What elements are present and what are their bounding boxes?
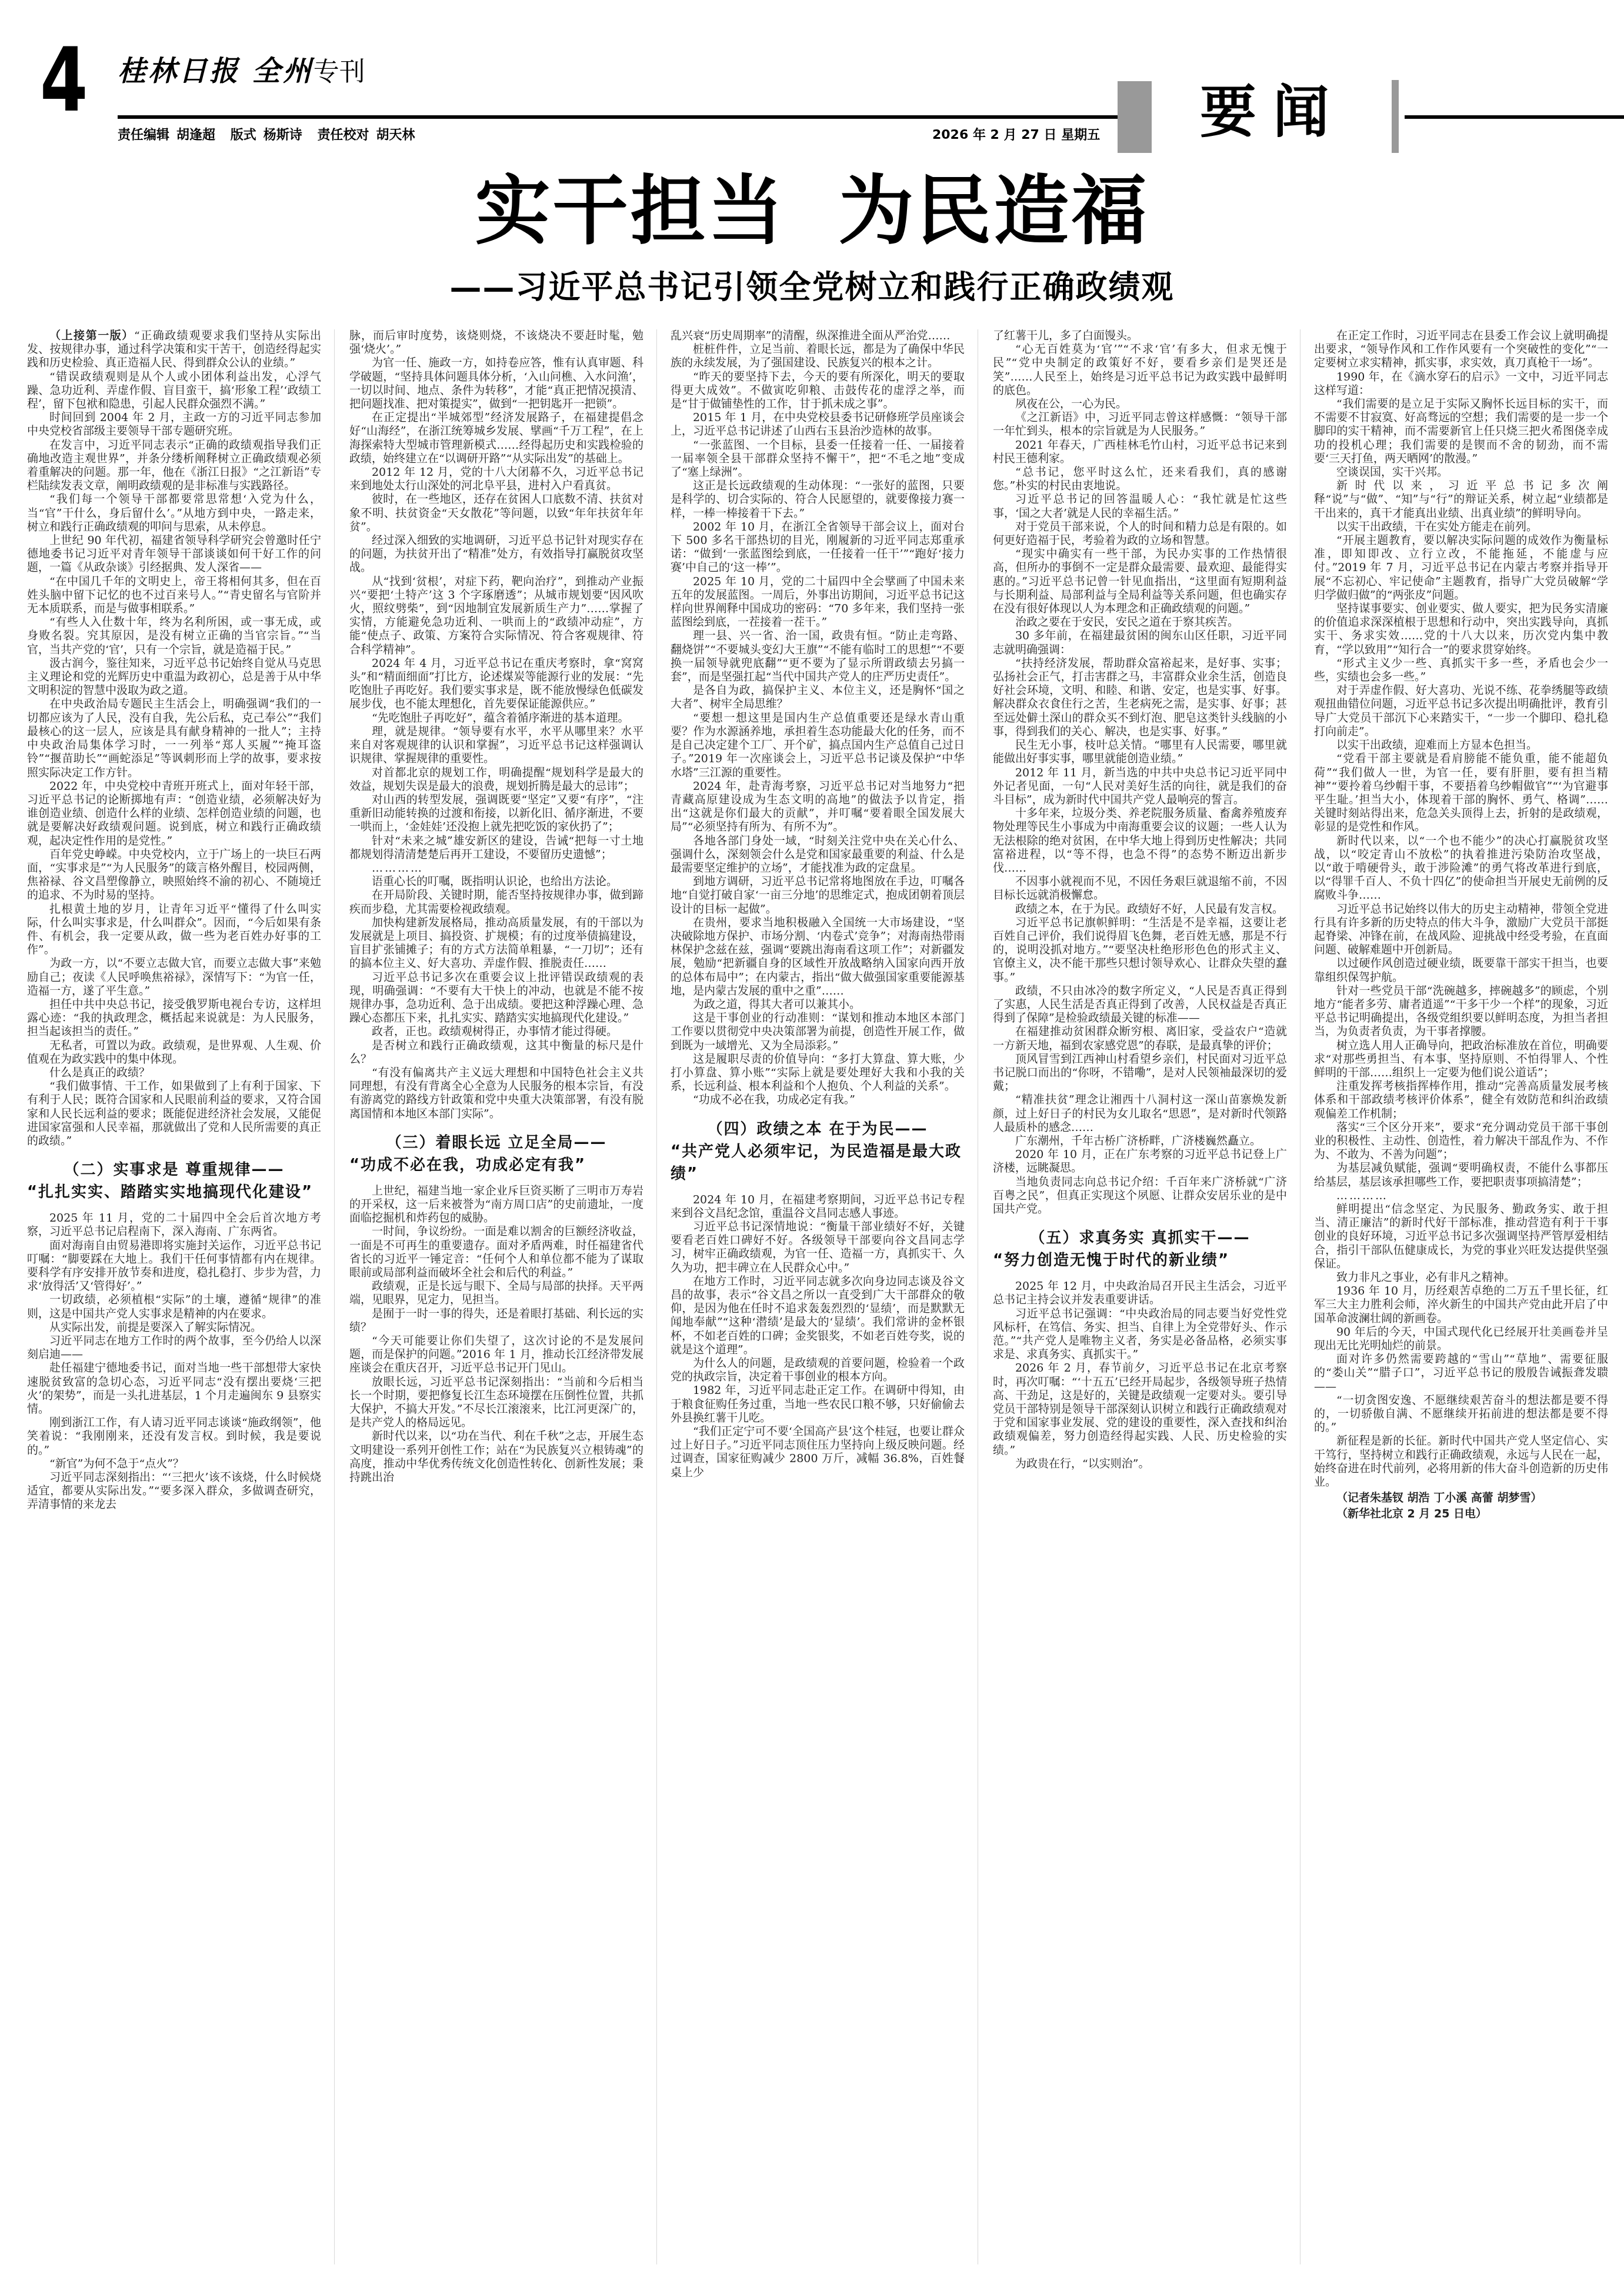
paragraph: “有些人入仕数十年，终为名利所困，或一事无成，或身败名裂。究其原因，是没有树立正…	[27, 616, 321, 657]
paragraph: 以过硬作风创造过硬业绩，既要靠干部实干担当，也要靠组织保驾护航。	[1314, 957, 1608, 984]
paragraph: 1936 年 10 月，历经艰苦卓绝的二万五千里长征，红军三大主力胜利会师，淬火…	[1314, 1285, 1608, 1326]
paragraph-continued: 脉，而后审时度势，该烧则烧，不该烧决不要赶时髦，勉强‘烧火’。”	[349, 329, 643, 356]
paragraph: 2026 年 2 月，春节前夕，习近平总书记在北京考察时，再次叮嘱：“‘十五五’…	[993, 1362, 1287, 1457]
paragraph: “新官”为何不急于“点火”？	[27, 1457, 321, 1471]
paragraph: 习近平总书记始终以伟大的历史主动精神，带领全党进行具有许多新的历史特点的伟大斗争…	[1314, 903, 1608, 958]
paragraph: 担任中共中央总书记，接受俄罗斯电视台专访，这样坦露心迹：“我的执政理念，概括起来…	[27, 998, 321, 1039]
paragraph: 在正定工作时，习近平同志在县委工作会议上就明确提出要求，“领导作风和工作作风要有…	[1314, 329, 1608, 371]
paragraph: 为基层减负赋能，强调“要明确权责，不能什么事都压给基层，基层该承担哪些工作，要把…	[1314, 1162, 1608, 1189]
section-heading-line1: （五）求真务实 真抓实干——	[993, 1227, 1287, 1249]
headline: 实干担当为民造福	[0, 171, 1624, 253]
paragraph: “错误政绩观则是从个人或小团体利益出发，心浮气躁、急功近利、弄虚作假、盲目蛮干，…	[27, 371, 321, 412]
paragraph: 时间回到 2004 年 2 月，主政一方的习近平同志参加中央党校省部级主要领导干…	[27, 411, 321, 438]
paragraph: “扶持经济发展，帮助群众富裕起来，是好事、实事；弘扬社会正气，打击害群之马，丰富…	[993, 657, 1287, 739]
paragraph: 广东潮州，千年古桥广济桥畔，广济楼巍然矗立。	[993, 1135, 1287, 1148]
paragraph: 夙夜在公，一心为民。	[993, 398, 1287, 411]
reporters-byline: （记者朱基钗 胡浩 丁小溪 高蕾 胡梦雪）	[1314, 1492, 1608, 1505]
paragraph: 一时间，争议纷纷。一面是难以割舍的巨额经济收益，一面是不可再生的重要遗存。面对矛…	[349, 1225, 643, 1280]
paragraph: 这是干事创业的行动准则：“谋划和推动本地区本部门工作要以贯彻党中央决策部署为前提…	[671, 1012, 965, 1053]
credit-name: 杨斯诗	[264, 128, 302, 142]
section-heading-line1: （二）实事求是 尊重规律——	[27, 1159, 321, 1181]
paragraph: 上世纪，福建当地一家企业斥巨资买断了三明市万寿岩的开采权，这一后来被誉为“南方周…	[349, 1185, 643, 1226]
paragraph: 针对“未来之城”雄安新区的建设，告诫“把每一寸土地都规划得清清楚楚后再开工建设，…	[349, 835, 643, 862]
section-heading-2: （二）实事求是 尊重规律—— “扎扎实实、踏踏实实地搞现代化建设”	[27, 1159, 321, 1203]
paragraph: 不因事小就视而不见，不因任务艰巨就退缩不前，不因目标长远就消极懈怠。	[993, 875, 1287, 902]
paragraph: 政者，正也。政绩观树得正，办事情才能过得硬。	[349, 1025, 643, 1039]
paragraph-continued: 乱兴衰“历史周期率”的清醒，纵深推进全面从严治党……	[671, 329, 965, 343]
paragraph: 2021 年春天，广西桂林毛竹山村，习近平总书记来到村民王德利家。	[993, 439, 1287, 466]
paragraph: 针对一些党员干部“洗碗越多，摔碗越多”的顾虑，个别地方“能者多劳、庸者逍遥”“干…	[1314, 985, 1608, 1039]
paragraph: 为政一方，以“不要立志做大官，而要立志做大事”来勉励自己；夜读《人民呼唤焦裕禄》…	[27, 957, 321, 998]
paragraph: “我们做事情、干工作，如果做到了上有利于国家、下有利于人民；既符合国家和人民眼前…	[27, 1080, 321, 1148]
article-column-1: （上接第一版）“正确政绩观要求我们坚持从实际出发、按规律办事，通过科学决策和实干…	[27, 329, 321, 1512]
paragraph: 对首都北京的规划工作，明确提醒“规划科学是最大的效益，规划失误是最大的浪费，规划…	[349, 766, 643, 793]
paragraph: 上世纪 90 年代初，福建省领导科学研究会曾邀时任宁德地委书记习近平对青年领导干…	[27, 534, 321, 575]
section-heading-line2: “努力创造无愧于时代的新业绩”	[993, 1252, 1229, 1269]
section-heading-line2: “共产党人必须牢记，为民造福是最大政绩”	[671, 1143, 962, 1183]
paragraph: 坚持谋事要实、创业要实、做人要实，把为民务实清廉的价值追求深深植根于思想和行动中…	[1314, 602, 1608, 657]
paragraph: 鲜明提出“信念坚定、为民服务、勤政务实、敢于担当、清正廉洁”的新时代好干部标准，…	[1314, 1203, 1608, 1271]
paragraph: 在贵州，要求当地积极融入全国统一大市场建设，“坚决破除地方保护、市场分割、‘内卷…	[671, 916, 965, 998]
paper-name: 桂林日报 全州专刊	[118, 48, 365, 89]
news-dateline: （新华社北京 2 月 25 日电）	[1314, 1507, 1608, 1521]
paragraph: 2024 年 10 月，在福建考察期间，习近平总书记专程来到谷文昌纪念馆，重温谷…	[671, 1193, 965, 1220]
paragraph: 民生无小事，枝叶总关情。“哪里有人民需要，哪里就能做出好事实事，哪里就能创造业绩…	[993, 739, 1287, 766]
paragraph: 理，就是规律。“领导要有水平，水平从哪里来？水平来自对客观规律的认识和掌握”，习…	[349, 725, 643, 766]
paragraph: 顶风冒雪到江西神山村看望乡亲们，村民面对习近平总书记脱口而出的“你呀，不错嘞”，…	[993, 1053, 1287, 1094]
paragraph: “我们正定宁可不要‘全国高产县’这个桂冠，也要让群众过上好日子。”习近平同志顶住…	[671, 1425, 965, 1480]
paragraph: 是否树立和践行正确政绩观，这其中衡量的标尺是什么？	[349, 1039, 643, 1066]
edition-suffix: 专刊	[314, 57, 365, 87]
paragraph: 新时代以来，以“功在当代、利在千秋”之志，开展生态文明建设一系列开创性工作；站在…	[349, 1430, 643, 1485]
headline-part2: 为民造福	[839, 168, 1149, 255]
paragraph: 扎根黄土地的岁月，让青年习近平“懂得了什么叫实际，什么叫实事求是，什么叫群众”。…	[27, 903, 321, 958]
paragraph: “功成不必在我，功成必定有我。”	[671, 1093, 965, 1107]
paragraph: 1990 年，在《滴水穿石的启示》一文中，习近平同志这样写道：	[1314, 371, 1608, 398]
paragraph: 从实际出发，前提是要深入了解实际情况。	[27, 1321, 321, 1335]
section-heading-4: （四）政绩之本 在于为民—— “共产党人必须牢记，为民造福是最大政绩”	[671, 1118, 965, 1185]
paragraph: 政绩，不只由冰冷的数字所定义，“人民是否真正得到了实惠，人民生活是否真正得到了改…	[993, 985, 1287, 1026]
paragraph: 这正是长远政绩观的生动体现：“一张好的蓝图，只要是科学的、切合实际的、符合人民愿…	[671, 479, 965, 521]
paragraph: 2020 年 10 月，正在广东考察的习近平总书记登上广济楼，远眺凝思。	[993, 1148, 1287, 1175]
paragraph: 桩桩件件，立足当前、着眼长远，都是为了确保中华民族的永续发展，为了强国建设、民族…	[671, 343, 965, 370]
paragraph: 这是履职尽责的价值导向：“多打大算盘、算大账，少打小算盘、算小账”“实际上就是要…	[671, 1053, 965, 1094]
paragraph: 新时代以来，习近平总书记多次阐释“说”与“做”、“知”与“行”的辩证关系，树立起…	[1314, 479, 1608, 521]
masthead-rule-right	[1405, 115, 1624, 119]
paragraph: 为官一任、施政一方，如持卷应答，惟有认真审题、科学破题，“坚持具体问题具体分析，…	[349, 356, 643, 411]
paragraph: “心无百姓莫为‘官’”“不求‘官’有多大，但求无愧于民”“党中央制定的政策好不好…	[993, 343, 1287, 398]
credit-name: 胡逢超	[176, 128, 215, 142]
weekday: 星期五	[1061, 128, 1100, 142]
paragraph: 一切政绩，必须植根“实际”的土壤，遵循“规律”的准则，这是中国共产党人实事求是精…	[27, 1293, 321, 1320]
article-column-3: 乱兴衰“历史周期率”的清醒，纵深推进全面从严治党…… 桩桩件件，立足当前、着眼长…	[671, 329, 965, 1480]
paragraph: 加快构建新发展格局，推动高质量发展，有的干部以为发展就是上项目、搞投资、扩规模；…	[349, 916, 643, 971]
paragraph: 2024 年 4 月，习近平总书记在重庆考察时，拿“窝窝头”和“精面细面”打比方…	[349, 657, 643, 712]
paragraph: 对于弄虚作假、好大喜功、光说不练、花拳绣腿等政绩观扭曲错位问题，习近平总书记多次…	[1314, 684, 1608, 739]
paragraph: 树立选人用人正确导向，把政治标准放在首位，明确要求“对那些勇担当、有本事、坚持原…	[1314, 1039, 1608, 1080]
editor-credits: 责任编辑胡逢超 版式杨斯诗 责任校对胡天林	[118, 125, 422, 143]
paragraph: 从“找到‘贫根’，对症下药，靶向治疗”，到推动产业振兴“要把‘土特产’这 3 个…	[349, 575, 643, 657]
paragraph: “在中国几千年的文明史上，帝王将相何其多，但在百姓头脑中留下记忆的也不过百来号人…	[27, 575, 321, 616]
paragraph: “现实中确实有一些干部，为民办实事的工作热情很高，但所办的事倒不一定是群众最需要…	[993, 548, 1287, 616]
subtitle: ——习近平总书记引领全党树立和践行正确政绩观	[0, 262, 1624, 308]
page-number: 4	[40, 46, 88, 115]
paragraph: “我们每一个领导干部都要常思常想‘入党为什么，当“官”干什么，身后留什么’。”从…	[27, 493, 321, 534]
paragraph: 在正定提出“半城郊型”经济发展路子，在福建提倡念好“山海经”，在浙江统筹城乡发展…	[349, 411, 643, 466]
paragraph: 习近平总书记旗帜鲜明：“生活是不是幸福，这要让老百姓自己评价，我们说得眉飞色舞，…	[993, 916, 1287, 985]
paragraph: 到地方调研，习近平总书记常将地图放在手边，叮嘱各地“自觉打破自家‘一亩三分地’的…	[671, 875, 965, 916]
paragraph: 习近平总书记强调：“中央政治局的同志要当好党性党风标杆，在笃信、务实、担当、自律…	[993, 1307, 1287, 1362]
paragraph: 语重心长的叮嘱，既指明认识论，也给出方法论。	[349, 875, 643, 889]
paragraph-continued: 了红薯干儿，多了白面馒头。	[993, 329, 1287, 343]
paragraph: 百年党史峥嵘。中央党校内，立于广场上的一块巨石两面，“实事求是”“为人民服务”的…	[27, 848, 321, 903]
paragraph: 在开局阶段、关键时期，能否坚持按规律办事，做到蹄疾而步稳，尤其需要检视政绩观。	[349, 889, 643, 916]
masthead-rule	[118, 115, 1118, 119]
date: 2026 年 2 月 27 日	[932, 128, 1056, 142]
paragraph: 2025 年 11 月，党的二十届四中全会后首次地方考察，习近平总书记启程南下，…	[27, 1212, 321, 1239]
paragraph: 2022 年，中央党校中青班开班式上，面对年轻干部，习近平总书记的论断掷地有声：…	[27, 780, 321, 848]
paragraph: 2015 年 1 月，在中央党校县委书记研修班学员座谈会上，习近平总书记讲述了山…	[671, 411, 965, 438]
paragraph: 30 多年前，在福建最贫困的闽东山区任职，习近平同志就明确强调：	[993, 629, 1287, 656]
paragraph: 汲古润今，鉴往知来，习近平总书记始终自觉从马克思主义理论和党的光辉历史中重温为政…	[27, 657, 321, 698]
paragraph: 在福建推动贫困群众断穷根、离旧家，受益农户“造就一方新天地，福到农家感党恩”的春…	[993, 1025, 1287, 1052]
paragraph: （上接第一版）“正确政绩观要求我们坚持从实际出发、按规律办事，通过科学决策和实干…	[27, 329, 321, 371]
paragraph: 习近平总书记深情地说：“衡量干部业绩好不好，关键要看老百姓口碑好不好。各级领导干…	[671, 1220, 965, 1275]
paragraph: 在中央政治局专题民主生活会上，明确强调“我们的一切都应该为了人民，没有自我，先公…	[27, 698, 321, 779]
paragraph: 是囿于一时一事的得失，还是着眼打基础、利长远的实绩？	[349, 1307, 643, 1335]
paragraph: “开展主题教育，要以解决实际问题的成效作为衡量标准，即知即改、立行立改，不能拖延…	[1314, 534, 1608, 602]
paragraph: 习近平同志深刻指出：“‘三把火’该不该烧，什么时候烧适宜，都要从实际出发。”“要…	[27, 1471, 321, 1512]
paragraph: 习近平总书记多次在重要会议上批评错误政绩观的表现，明确强调：“不要有大干快上的冲…	[349, 971, 643, 1026]
paragraph: “昨天的要坚持下去，今天的要有所深化，明天的要取得更大成效”。不做寅吃卯粮、击鼓…	[671, 371, 965, 412]
section-title: 要闻	[1200, 76, 1346, 147]
paragraph: 政绩之本，在于为民。政绩好不好，人民最有发言权。	[993, 903, 1287, 916]
paragraph: 以实干出政绩，干在实处方能走在前列。	[1314, 521, 1608, 534]
paragraph: “形式主义少一些、真抓实干多一些，矛盾也会少一些，实绩也会多一些。”	[1314, 657, 1608, 684]
paragraph: 90 年后的今天，中国式现代化已经展开壮美画卷并呈现出无比光明灿烂的前景。	[1314, 1326, 1608, 1353]
paragraph: 放眼长远，习近平总书记深刻指出：“当前和今后相当长一个时期，要把修复长江生态环境…	[349, 1376, 643, 1430]
paragraph: “有没有偏离共产主义远大理想和中国特色社会主义共同理想，有没有背离全心全意为人民…	[349, 1066, 643, 1121]
article-column-5: 在正定工作时，习近平同志在县委工作会议上就明确提出要求，“领导作风和工作作风要有…	[1314, 329, 1608, 1522]
paragraph: 习近平总书记的回答温暖人心：“我忙就是忙这些事，‘国之大者’就是人民的幸福生活。…	[993, 493, 1287, 520]
paragraph: “我们需要的是立足于实际又胸怀长远目标的实干，而不需要不甘寂寞、好高骛远的空想；…	[1314, 398, 1608, 466]
paragraph: 什么是真正的政绩？	[27, 1066, 321, 1080]
paragraph: “先吃饱肚子再吃好”，蕴含着循序渐进的基本道理。	[349, 712, 643, 725]
paragraph: 以实干出政绩，迎难而上方显本色担当。	[1314, 739, 1608, 752]
paragraph: 2012 年 11 月，新当选的中共中央总书记习近平同中外记者见面，一句“人民对…	[993, 766, 1287, 808]
paragraph: 2012 年 12 月，党的十八大闭幕不久，习近平总书记来到地处太行山深处的河北…	[349, 466, 643, 493]
continued-label: （上接第一版）	[49, 329, 134, 342]
paragraph: 新时代以来，以“一个也不能少”的决心打赢脱贫攻坚战，以“咬定青山不放松”的执着推…	[1314, 835, 1608, 903]
paragraph: “精准扶贫”理念让湘西十八洞村这一深山苗寨焕发新颜，过上好日子的村民为女儿取名“…	[993, 1093, 1287, 1135]
section-heading-line1: （四）政绩之本 在于为民——	[671, 1118, 965, 1140]
section-heading-5: （五）求真务实 真抓实干—— “努力创造无愧于时代的新业绩”	[993, 1227, 1287, 1272]
paragraph: 2002 年 10 月，在浙江全省领导干部会议上，面对台下 500 多名干部热切…	[671, 521, 965, 575]
paragraph: 彼时，在一些地区，还存在贫困人口底数不清、扶贫对象不明、扶贫资金“天女散花”等问…	[349, 493, 643, 534]
article-column-4: 了红薯干儿，多了白面馒头。 “心无百姓莫为‘官’”“不求‘官’有多大，但求无愧于…	[993, 329, 1287, 1471]
paragraph: 各地各部门身处一域，“时刻关注党中央在关心什么、强调什么，深刻领会什么是党和国家…	[671, 835, 965, 876]
paragraph: 经过深入细致的实地调研，习近平总书记针对现实存在的问题，为扶贫开出了“精准”处方…	[349, 534, 643, 575]
paragraph: 落实“三个区分开来”，要求“充分调动党员干部干事创业的积极性、主动性、创造性，着…	[1314, 1121, 1608, 1162]
ellipsis: …………	[349, 862, 643, 875]
paragraph: 为政之道，得其大者可以兼其小。	[671, 998, 965, 1012]
paragraph: 在地方工作时，习近平同志就多次向身边同志谈及谷文昌的故事，表示“谷文昌之所以一直…	[671, 1275, 965, 1357]
paragraph: 1982 年，习近平同志赴正定工作。在调研中得知，由于粮食征购任务过重，当地一些…	[671, 1384, 965, 1425]
paragraph: 面对许多仍然需要跨越的“雪山”“草地”、需要征服的“娄山关”“腊子口”，习近平总…	[1314, 1353, 1608, 1394]
paragraph: “党看干部主要就是看肩膀能不能负重，能不能超负荷”“我们做人一世，为官一任，要有…	[1314, 752, 1608, 834]
paragraph: 治政之要在于安民，安民之道在于察其疾苦。	[993, 616, 1287, 629]
column-divider	[656, 329, 657, 2264]
column-divider	[978, 329, 978, 2264]
ellipsis: …………	[1314, 1189, 1608, 1203]
paper-title: 桂林日报	[118, 55, 240, 88]
section-heading-3: （三）着眼长远 立足全局—— “功成不必在我，功成必定有我”	[349, 1132, 643, 1176]
paragraph: “一切贪图安逸、不愿继续艰苦奋斗的想法都是要不得的，一切骄傲自满、不愿继续开拓前…	[1314, 1394, 1608, 1435]
paragraph: 无私者，可置以为政。政绩观，是世界观、人生观、价值观在为政实践中的集中体现。	[27, 1039, 321, 1066]
credit-label: 版式	[231, 128, 256, 142]
paragraph: 《之江新语》中，习近平同志曾这样感慨：“领导干部一年忙到头，根本的宗旨就是为人民…	[993, 411, 1287, 438]
paragraph: 新征程是新的长征。新时代中国共产党人坚定信心、实干笃行，坚持树立和践行正确政绩观…	[1314, 1435, 1608, 1489]
paragraph: 理一县、兴一省、治一国，政贵有恒。“防止走弯路、翻烧饼”“不要城头变幻大王旗”“…	[671, 629, 965, 684]
paragraph: 刚到浙江工作，有人请习近平同志谈谈“施政纲领”，他笑着说：“我刚刚来，还没有发言…	[27, 1416, 321, 1457]
paragraph: 对山西的转型发展，强调既要“坚定”又要“有序”，“注重新旧动能转换的过渡和衔接，…	[349, 793, 643, 835]
column-divider	[334, 329, 335, 2264]
paragraph: 2025 年 10 月，党的二十届四中全会擘画了中国未来五年的发展蓝图。一周后，…	[671, 575, 965, 630]
paragraph: 为什么人的问题，是政绩观的首要问题，检验着一个政党的执政宗旨，决定着干事创业的根…	[671, 1357, 965, 1384]
paragraph: 致力非凡之事业，必有非凡之精神。	[1314, 1271, 1608, 1285]
paragraph: 注重发挥考核指挥棒作用，推动“完善高质量发展考核体系和干部政绩考核评价体系”，健…	[1314, 1080, 1608, 1121]
paragraph: “要想一想这里是国内生产总值重要还是绿水青山重要？作为水源涵养地，承担着生态功能…	[671, 712, 965, 780]
section-heading-line1: （三）着眼长远 立足全局——	[349, 1132, 643, 1154]
paragraph: 十多年来，垃圾分类、养老院服务质量、畜禽养殖废弃物处理等民生小事成为中南海重要会…	[993, 807, 1287, 875]
issue-date: 2026 年 2 月 27 日 星期五	[932, 125, 1100, 143]
paragraph: “一张蓝图、一个目标，县委一任接着一任、一届接着一届率领全县干部群众坚持不懈干”…	[671, 439, 965, 480]
paragraph: 为政贵在行，“以实则治”。	[993, 1457, 1287, 1471]
paragraph: 当地负责同志向总书记介绍：千百年来广济桥就“广济百粤之民”，但真正实现这个夙愿、…	[993, 1176, 1287, 1217]
section-heading-line2: “功成不必在我，功成必定有我”	[349, 1156, 586, 1174]
paragraph: 2024 年，赴青海考察，习近平总书记对当地努力“把青藏高原建设成为生态文明的高…	[671, 780, 965, 835]
paragraph: 习近平同志在地方工作时的两个故事，至今仍给人以深刻启迪——	[27, 1335, 321, 1362]
section-bar-left	[1118, 81, 1152, 153]
paragraph: 面对海南自由贸易港即将实施封关运作，习近平总书记叮嘱：“脚要踩在大地上。我们干任…	[27, 1239, 321, 1294]
paragraph: “总书记，您平时这么忙，还来看我们，真的感谢您。”朴实的村民由衷地说。	[993, 466, 1287, 493]
paragraph: 对于党员干部来说，个人的时间和精力总是有限的。如何更好造福于民，考验着为政的立场…	[993, 521, 1287, 548]
paragraph: 空谈误国，实干兴邦。	[1314, 466, 1608, 479]
paragraph: “今天可能要让你们失望了，这次讨论的不是发展问题，而是保护的问题。”2016 年…	[349, 1335, 643, 1376]
paragraph: 政绩观，正是长远与眼下、全局与局部的抉择。天平两端，见眼界，见定力，见担当。	[349, 1280, 643, 1307]
headline-part1: 实干担当	[475, 168, 785, 255]
paragraph: 2025 年 12 月，中央政治局召开民主生活会，习近平总书记主持会议并发表重要…	[993, 1280, 1287, 1307]
edition-name: 全州	[252, 55, 314, 88]
section-bar-right	[1392, 80, 1399, 153]
article-column-2: 脉，而后审时度势，该烧则烧，不该烧决不要赶时髦，勉强‘烧火’。” 为官一任、施政…	[349, 329, 643, 1485]
credit-label: 责任编辑	[118, 128, 169, 142]
paragraph: 赴任福建宁德地委书记，面对当地一些干部想带大家快速脱贫致富的急切心态，习近平同志…	[27, 1362, 321, 1416]
paragraph: 在发言中，习近平同志表示“正确的政绩观指导我们正确地改造主观世界”，并条分缕析阐…	[27, 439, 321, 493]
paragraph: 是各自为政，搞保护主义、本位主义，还是胸怀“国之大者”、树牢全局思维？	[671, 684, 965, 711]
credit-label: 责任校对	[317, 128, 369, 142]
section-heading-line2: “扎扎实实、踏踏实实地搞现代化建设”	[27, 1183, 313, 1201]
column-divider	[1300, 329, 1300, 2264]
credit-name: 胡天林	[376, 128, 415, 142]
